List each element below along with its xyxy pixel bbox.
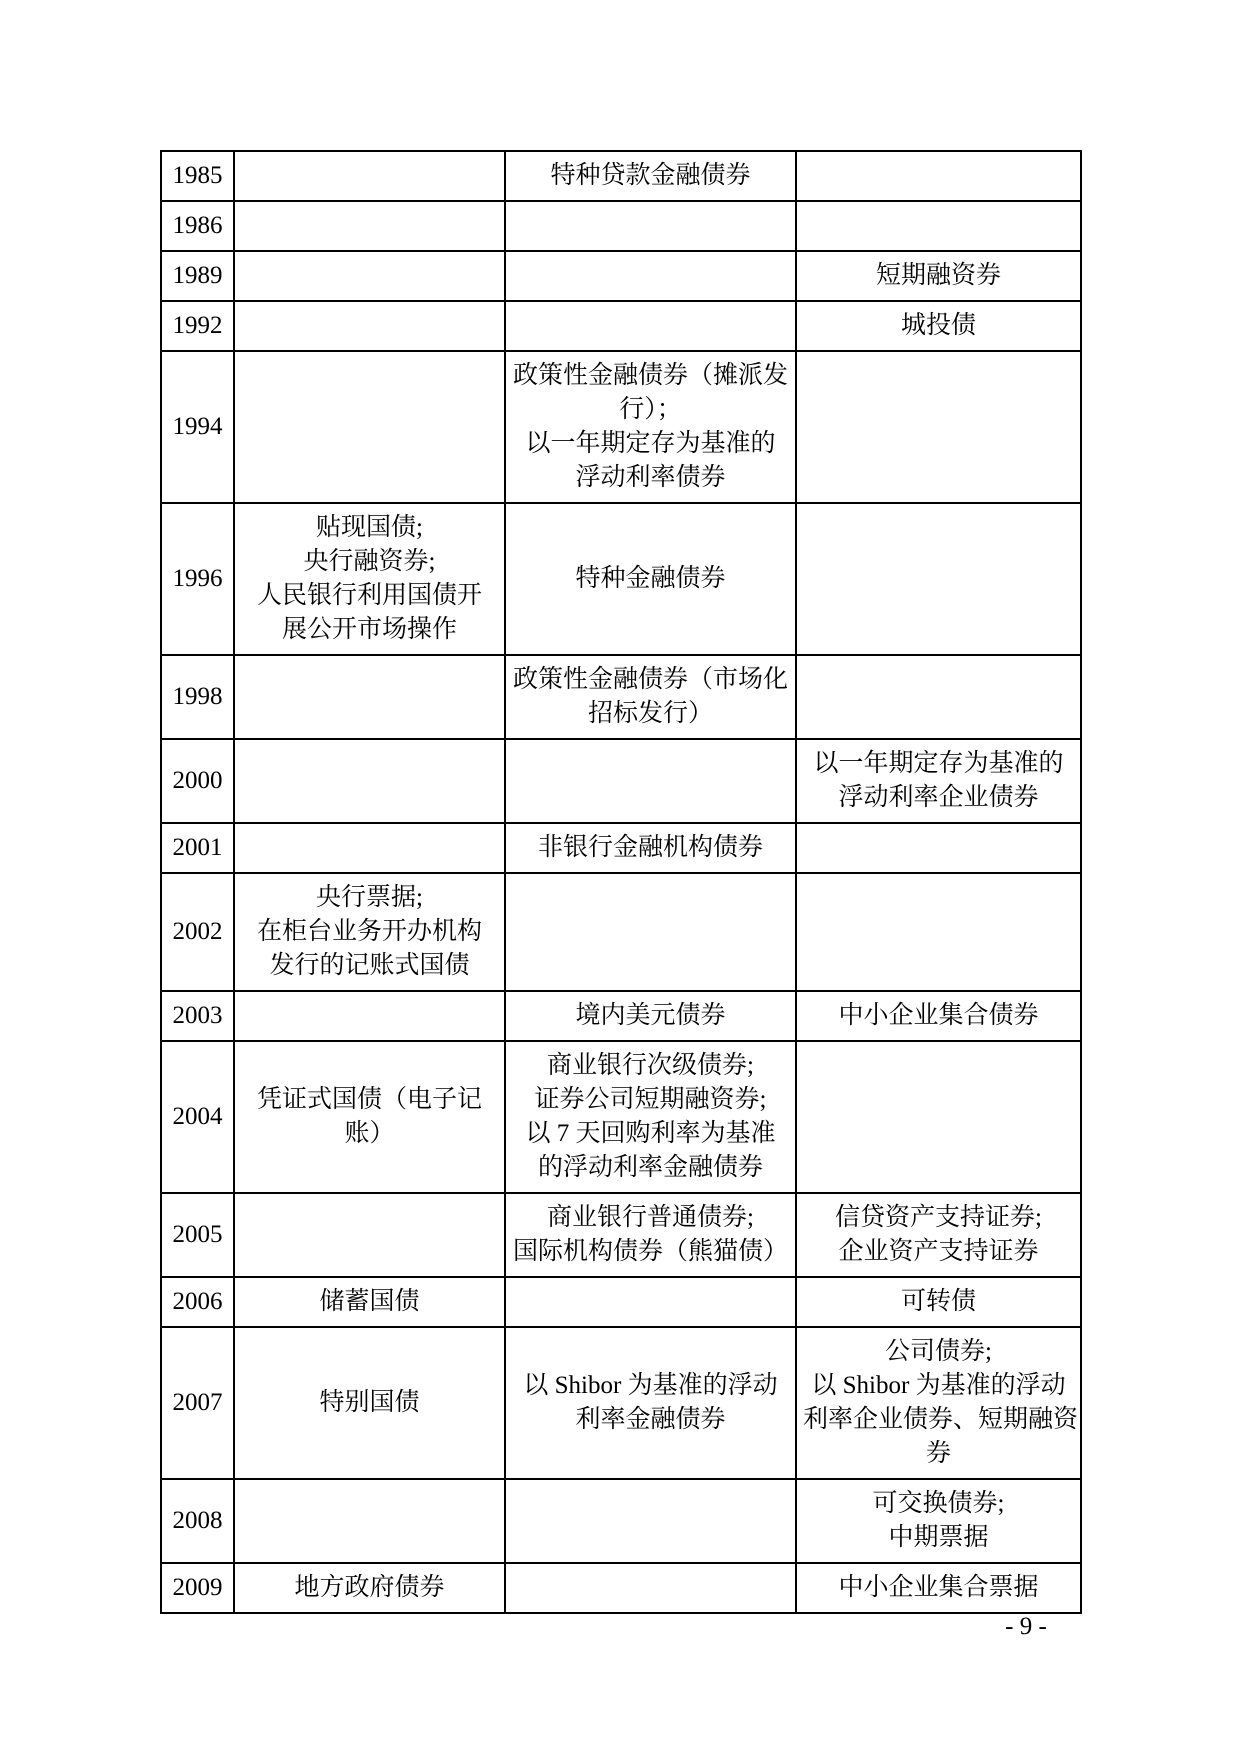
cell-line: 地方政府债券 xyxy=(241,1571,498,1605)
bond-cell: 可交换债券;中期票据 xyxy=(796,1479,1081,1563)
cell-line: 人民银行利用国债开 xyxy=(241,579,498,613)
cell-line: 展公开市场操作 xyxy=(241,613,498,647)
year-cell: 2007 xyxy=(161,1327,234,1479)
cell-line: 账） xyxy=(241,1117,498,1151)
year-cell: 2003 xyxy=(161,991,234,1041)
cell-line: 招标发行） xyxy=(512,697,789,731)
table-row: 2001非银行金融机构债券 xyxy=(161,823,1081,873)
year-cell: 2000 xyxy=(161,739,234,823)
table-row: 1994政策性金融债券（摊派发行）；以一年期定存为基准的浮动利率债券 xyxy=(161,351,1081,503)
cell-line: 中小企业集合票据 xyxy=(803,1571,1074,1605)
year-cell: 2004 xyxy=(161,1041,234,1193)
bond-cell: 短期融资券 xyxy=(796,251,1081,301)
cell-line: 凭证式国债（电子记 xyxy=(241,1083,498,1117)
bond-cell xyxy=(796,655,1081,739)
year-cell: 1986 xyxy=(161,201,234,251)
bond-cell xyxy=(234,251,505,301)
cell-line: 商业银行普通债券; xyxy=(512,1201,789,1235)
year-cell: 1998 xyxy=(161,655,234,739)
bond-cell xyxy=(234,739,505,823)
table-row: 2003境内美元债券中小企业集合债券 xyxy=(161,991,1081,1041)
table-row: 1996贴现国债;央行融资券;人民银行利用国债开展公开市场操作特种金融债券 xyxy=(161,503,1081,655)
bond-cell xyxy=(505,301,796,351)
bond-cell: 商业银行次级债券;证券公司短期融资券;以 7 天回购利率为基准的浮动利率金融债券 xyxy=(505,1041,796,1193)
bond-history-table-body: 1985特种贷款金融债券19861989短期融资券1992城投债1994政策性金… xyxy=(161,151,1081,1613)
bond-cell xyxy=(234,301,505,351)
bond-cell: 政策性金融债券（摊派发行）；以一年期定存为基准的浮动利率债券 xyxy=(505,351,796,503)
bond-cell: 中小企业集合票据 xyxy=(796,1563,1081,1613)
cell-line: 企业资产支持证券 xyxy=(803,1235,1074,1269)
year-cell: 2008 xyxy=(161,1479,234,1563)
bond-cell xyxy=(796,503,1081,655)
bond-cell xyxy=(234,823,505,873)
cell-line: 境内美元债券 xyxy=(512,999,789,1033)
cell-line: 证券公司短期融资券; xyxy=(512,1083,789,1117)
bond-cell: 中小企业集合债券 xyxy=(796,991,1081,1041)
bond-cell: 以一年期定存为基准的浮动利率企业债券 xyxy=(796,739,1081,823)
cell-line: 政策性金融债券（摊派发 xyxy=(512,359,789,393)
cell-line: 浮动利率债券 xyxy=(512,461,789,495)
bond-cell xyxy=(234,151,505,201)
cell-line: 信贷资产支持证券; xyxy=(803,1201,1074,1235)
bond-cell xyxy=(234,655,505,739)
cell-line: 以一年期定存为基准的 xyxy=(512,427,789,461)
bond-cell xyxy=(505,1479,796,1563)
bond-cell xyxy=(796,873,1081,991)
bond-cell xyxy=(796,1041,1081,1193)
cell-line: 城投债 xyxy=(803,309,1074,343)
cell-line: 特种金融债券 xyxy=(512,562,789,596)
cell-line: 中期票据 xyxy=(803,1521,1074,1555)
table-row: 2000以一年期定存为基准的浮动利率企业债券 xyxy=(161,739,1081,823)
bond-cell: 商业银行普通债券;国际机构债券（熊猫债） xyxy=(505,1193,796,1277)
cell-line: 利率企业债券、短期融资 xyxy=(803,1403,1074,1437)
cell-line: 以 Shibor 为基准的浮动 xyxy=(803,1369,1074,1403)
cell-line: 商业银行次级债券; xyxy=(512,1049,789,1083)
cell-line: 行）； xyxy=(512,393,789,427)
table-row: 1986 xyxy=(161,201,1081,251)
bond-cell xyxy=(796,151,1081,201)
document-page: 1985特种贷款金融债券19861989短期融资券1992城投债1994政策性金… xyxy=(0,0,1240,1754)
bond-cell xyxy=(505,873,796,991)
bond-cell: 储蓄国债 xyxy=(234,1277,505,1327)
table-row: 1992城投债 xyxy=(161,301,1081,351)
bond-cell xyxy=(796,351,1081,503)
cell-line: 央行融资券; xyxy=(241,545,498,579)
cell-line: 的浮动利率金融债券 xyxy=(512,1151,789,1185)
year-cell: 1994 xyxy=(161,351,234,503)
table-row: 2007特别国债以 Shibor 为基准的浮动利率金融债券公司债券;以 Shib… xyxy=(161,1327,1081,1479)
table-row: 2005商业银行普通债券;国际机构债券（熊猫债）信贷资产支持证券;企业资产支持证… xyxy=(161,1193,1081,1277)
bond-cell: 公司债券;以 Shibor 为基准的浮动利率企业债券、短期融资券 xyxy=(796,1327,1081,1479)
cell-line: 短期融资券 xyxy=(803,259,1074,293)
cell-line: 可转债 xyxy=(803,1285,1074,1319)
bond-cell xyxy=(234,1479,505,1563)
table-row: 2006储蓄国债可转债 xyxy=(161,1277,1081,1327)
cell-line: 央行票据; xyxy=(241,881,498,915)
cell-line: 利率金融债券 xyxy=(512,1403,789,1437)
cell-line: 中小企业集合债券 xyxy=(803,999,1074,1033)
bond-cell: 地方政府债券 xyxy=(234,1563,505,1613)
cell-line: 可交换债券; xyxy=(803,1487,1074,1521)
bond-cell: 可转债 xyxy=(796,1277,1081,1327)
bond-cell: 城投债 xyxy=(796,301,1081,351)
year-cell: 2001 xyxy=(161,823,234,873)
cell-line: 国际机构债券（熊猫债） xyxy=(512,1235,789,1269)
bond-cell: 贴现国债;央行融资券;人民银行利用国债开展公开市场操作 xyxy=(234,503,505,655)
cell-line: 以一年期定存为基准的 xyxy=(803,747,1074,781)
cell-line: 在柜台业务开办机构 xyxy=(241,915,498,949)
bond-history-table: 1985特种贷款金融债券19861989短期融资券1992城投债1994政策性金… xyxy=(160,150,1082,1614)
bond-cell: 政策性金融债券（市场化招标发行） xyxy=(505,655,796,739)
bond-cell xyxy=(505,201,796,251)
bond-cell xyxy=(234,1193,505,1277)
bond-cell xyxy=(505,739,796,823)
table-row: 1989短期融资券 xyxy=(161,251,1081,301)
year-cell: 1996 xyxy=(161,503,234,655)
bond-cell xyxy=(796,823,1081,873)
bond-cell xyxy=(505,1277,796,1327)
bond-cell: 信贷资产支持证券;企业资产支持证券 xyxy=(796,1193,1081,1277)
page-number: - 9 - xyxy=(966,1612,1086,1642)
bond-cell: 非银行金融机构债券 xyxy=(505,823,796,873)
table-row: 1985特种贷款金融债券 xyxy=(161,151,1081,201)
cell-line: 发行的记账式国债 xyxy=(241,949,498,983)
year-cell: 1989 xyxy=(161,251,234,301)
year-cell: 1992 xyxy=(161,301,234,351)
bond-cell xyxy=(234,991,505,1041)
cell-line: 公司债券; xyxy=(803,1335,1074,1369)
bond-cell: 凭证式国债（电子记账） xyxy=(234,1041,505,1193)
year-cell: 1985 xyxy=(161,151,234,201)
cell-line: 以 Shibor 为基准的浮动 xyxy=(512,1369,789,1403)
year-cell: 2009 xyxy=(161,1563,234,1613)
cell-line: 券 xyxy=(803,1437,1074,1471)
table-row: 2008可交换债券;中期票据 xyxy=(161,1479,1081,1563)
cell-line: 政策性金融债券（市场化 xyxy=(512,663,789,697)
cell-line: 特别国债 xyxy=(241,1386,498,1420)
bond-cell: 央行票据;在柜台业务开办机构发行的记账式国债 xyxy=(234,873,505,991)
bond-cell: 特别国债 xyxy=(234,1327,505,1479)
year-cell: 2002 xyxy=(161,873,234,991)
cell-line: 特种贷款金融债券 xyxy=(512,159,789,193)
cell-line: 浮动利率企业债券 xyxy=(803,781,1074,815)
cell-line: 以 7 天回购利率为基准 xyxy=(512,1117,789,1151)
bond-cell xyxy=(505,251,796,301)
bond-cell: 以 Shibor 为基准的浮动利率金融债券 xyxy=(505,1327,796,1479)
bond-cell: 特种贷款金融债券 xyxy=(505,151,796,201)
bond-cell xyxy=(234,351,505,503)
bond-cell xyxy=(234,201,505,251)
year-cell: 2006 xyxy=(161,1277,234,1327)
bond-cell xyxy=(796,201,1081,251)
table-row: 1998政策性金融债券（市场化招标发行） xyxy=(161,655,1081,739)
year-cell: 2005 xyxy=(161,1193,234,1277)
table-row: 2002央行票据;在柜台业务开办机构发行的记账式国债 xyxy=(161,873,1081,991)
bond-cell: 境内美元债券 xyxy=(505,991,796,1041)
table-row: 2004凭证式国债（电子记账）商业银行次级债券;证券公司短期融资券;以 7 天回… xyxy=(161,1041,1081,1193)
cell-line: 贴现国债; xyxy=(241,511,498,545)
bond-cell: 特种金融债券 xyxy=(505,503,796,655)
table-row: 2009地方政府债券中小企业集合票据 xyxy=(161,1563,1081,1613)
bond-cell xyxy=(505,1563,796,1613)
cell-line: 非银行金融机构债券 xyxy=(512,831,789,865)
cell-line: 储蓄国债 xyxy=(241,1285,498,1319)
